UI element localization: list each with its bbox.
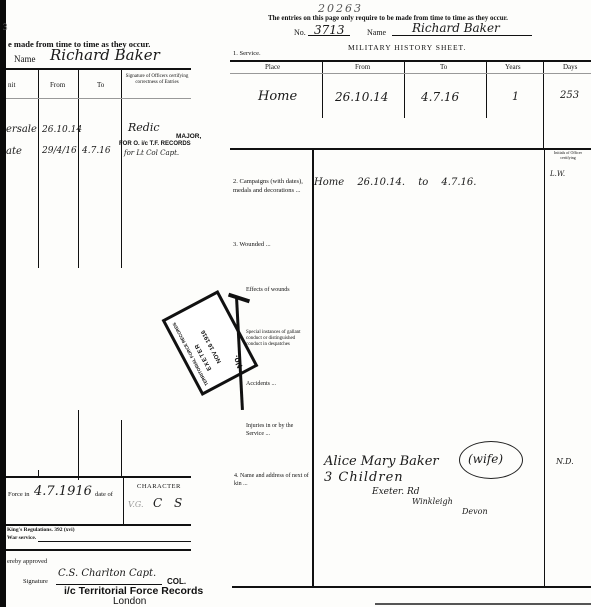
sections-value-divider: [312, 148, 314, 586]
right-name-label: Name: [367, 28, 386, 37]
left-lower-rule: [6, 476, 191, 478]
character-label: CHARACTER: [137, 483, 181, 490]
sections-bottom-rule: [232, 586, 591, 588]
office-line2: London: [113, 596, 146, 607]
kin-children: 3 Children: [324, 470, 404, 485]
left-row2-unit: ate: [6, 146, 22, 157]
section-injuries-label: Injuries in or by the Service ...: [246, 422, 310, 438]
page-bottom-rule: [375, 603, 591, 605]
kin-initials: N.D.: [556, 457, 574, 466]
left-approved-rule: [6, 549, 191, 551]
service-col-divider: [322, 60, 323, 118]
left-row2-to: 4.7.16: [82, 146, 111, 156]
left-top-rule: [6, 68, 191, 70]
left-row1-from: 26.10.14: [42, 125, 82, 135]
section-campaigns-value: Home 26.10.14. to 4.7.16.: [314, 177, 476, 188]
clause-underline: [38, 541, 191, 542]
right-name-value: Richard Baker: [412, 21, 500, 35]
military-history-title: MILITARY HISTORY SHEET.: [348, 43, 466, 52]
section-accidents-label: Accidents ...: [246, 381, 276, 387]
kin-address-county: Devon: [462, 507, 488, 516]
clause-line2: War service.: [7, 535, 36, 541]
left-records-label: FOR O. i/c T.F. RECORDS: [119, 141, 191, 147]
kin-address-street: Exeter. Rd: [372, 487, 420, 497]
service-col-from: From: [355, 64, 370, 71]
left-col-divider: [121, 420, 122, 478]
pencil-mark: 3: [3, 22, 8, 32]
sections-initials-divider: [544, 148, 545, 586]
left-row2-from: 29/4/16: [42, 146, 77, 156]
left-col-divider: [78, 410, 79, 480]
sections-top-rule: [230, 148, 591, 150]
service-col-to: To: [440, 64, 447, 71]
signature-label: Signature: [23, 578, 48, 585]
left-clause-rule: [6, 524, 191, 526]
service-col-place: Place: [265, 64, 280, 71]
service-top-rule: [230, 60, 591, 62]
left-row1-signature: Redic: [128, 121, 160, 134]
service-to: 4.7.16: [421, 90, 459, 104]
service-col-years: Years: [505, 64, 521, 71]
left-major-label: MAJOR,: [176, 133, 201, 140]
discharge-date: 4.7.1916: [34, 484, 92, 499]
kin-name: Alice Mary Baker: [324, 454, 439, 469]
section-campaigns-label: 2. Campaigns (with dates), medals and de…: [233, 177, 309, 195]
left-col-signature: Signature of Officers certifying correct…: [124, 74, 190, 85]
section-campaigns-initials: L.W.: [550, 170, 565, 178]
left-header-rule: [6, 98, 191, 99]
records-office-stamp: TERRITORIAL FORCE RECORDS EXETER NOV 16 …: [162, 290, 259, 396]
discharge-suffix: date of: [95, 491, 113, 498]
section-wounded-label: 3. Wounded ...: [233, 241, 271, 248]
service-col-days: Days: [563, 64, 577, 71]
left-col-to: To: [97, 82, 104, 89]
page-fold-mark: [228, 293, 250, 304]
approved-label: ereby approved: [7, 558, 47, 565]
clause-line1: King's Regulations. 392 (xvi): [7, 527, 75, 533]
left-col-unit: nit: [8, 82, 15, 89]
service-days: 253: [560, 90, 579, 101]
service-years: 1: [512, 90, 519, 103]
discharge-prefix: Force in: [8, 491, 29, 498]
scan-edge: [0, 0, 6, 607]
service-header-rule: [230, 73, 591, 74]
character-value: V.G.: [128, 500, 144, 509]
no-underline: [308, 35, 350, 36]
character-value-extra: C S: [153, 496, 186, 510]
section-kin-label: 4. Name and address of next of kin ...: [234, 472, 310, 488]
kin-relation: (wife): [468, 452, 503, 466]
character-divider: [123, 476, 124, 526]
service-col-divider: [486, 60, 487, 118]
service-from: 26.10.14: [335, 90, 388, 104]
service-place: Home: [258, 89, 297, 104]
left-row2-signature: for Lt Col Capt.: [124, 149, 179, 157]
kin-address-town: Winkleigh: [412, 497, 453, 506]
section-gallant-label: Special instances of gallant conduct or …: [246, 330, 310, 348]
left-col-from: From: [50, 82, 65, 89]
signature-value: C.S. Charlton Capt.: [58, 568, 156, 579]
left-row1-unit: ersale: [6, 124, 37, 135]
right-no-label: No.: [294, 28, 306, 37]
name-underline: [392, 35, 532, 36]
section-effects-label: Effects of wounds: [246, 287, 290, 293]
initials-col-header: Initials of Officer certifying: [546, 151, 590, 160]
section-service-label: 1. Service.: [233, 50, 261, 57]
left-name-value: Richard Baker: [50, 46, 160, 64]
left-name-label: Name: [14, 54, 36, 64]
service-col-divider: [404, 60, 405, 118]
